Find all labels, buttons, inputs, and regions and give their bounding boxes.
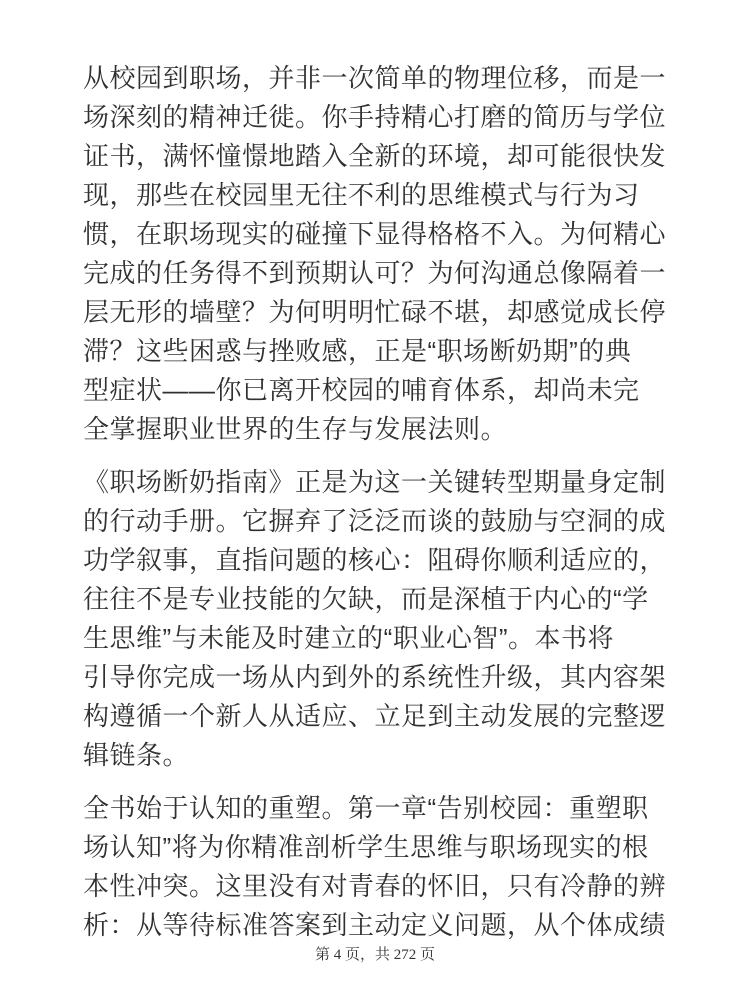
text-line: 析：从等待标准答案到主动定义问题，从个体成绩 — [83, 906, 683, 945]
text-line: 型症状——你已离开校园的哺育体系，却尚未完 — [83, 371, 683, 410]
page-number-footer: 第 4 页，共 272 页 — [0, 944, 750, 966]
text-line: 场深刻的精神迁徙。你手持精心打磨的简历与学位 — [83, 98, 683, 137]
text-line: 本性冲突。这里没有对青春的怀旧，只有冷静的辨 — [83, 867, 683, 906]
paragraph-3: 全书始于认知的重塑。第一章“告别校园：重塑职 场认知”将为你精准剖析学生思维与职… — [83, 789, 683, 945]
document-page: 从校园到职场，并非一次简单的物理位移，而是一 场深刻的精神迁徙。你手持精心打磨的… — [0, 0, 750, 1000]
text-line: 全书始于认知的重塑。第一章“告别校园：重塑职 — [83, 789, 683, 828]
text-line: 全掌握职业世界的生存与发展法则。 — [83, 410, 683, 449]
text-line: 滞？这些困惑与挫败感，正是“职场断奶期”的典 — [83, 332, 683, 371]
paragraph-1: 从校园到职场，并非一次简单的物理位移，而是一 场深刻的精神迁徙。你手持精心打磨的… — [83, 59, 683, 449]
paragraph-2: 《职场断奶指南》正是为这一关键转型期量身定制 的行动手册。它摒弃了泛泛而谈的鼓励… — [83, 463, 683, 775]
text-line: 引导你完成一场从内到外的系统性升级，其内容架 — [83, 658, 683, 697]
text-line: 辑链条。 — [83, 736, 683, 775]
text-line: 惯，在职场现实的碰撞下显得格格不入。为何精心 — [83, 215, 683, 254]
text-line: 从校园到职场，并非一次简单的物理位移，而是一 — [83, 59, 683, 98]
text-line: 证书，满怀憧憬地踏入全新的环境，却可能很快发 — [83, 137, 683, 176]
text-line: 功学叙事，直指问题的核心：阻碍你顺利适应的， — [83, 541, 683, 580]
document-body-text: 从校园到职场，并非一次简单的物理位移，而是一 场深刻的精神迁徙。你手持精心打磨的… — [83, 59, 683, 959]
text-line: 往往不是专业技能的欠缺，而是深植于内心的“学 — [83, 580, 683, 619]
text-line: 场认知”将为你精准剖析学生思维与职场现实的根 — [83, 828, 683, 867]
text-line: 完成的任务得不到预期认可？为何沟通总像隔着一 — [83, 254, 683, 293]
text-line: 生思维”与未能及时建立的“职业心智”。本书将 — [83, 619, 683, 658]
text-line: 现，那些在校园里无往不利的思维模式与行为习 — [83, 176, 683, 215]
text-line: 构遵循一个新人从适应、立足到主动发展的完整逻 — [83, 697, 683, 736]
text-line: 的行动手册。它摒弃了泛泛而谈的鼓励与空洞的成 — [83, 502, 683, 541]
text-line: 《职场断奶指南》正是为这一关键转型期量身定制 — [83, 463, 683, 502]
text-line: 层无形的墙壁？为何明明忙碌不堪，却感觉成长停 — [83, 293, 683, 332]
